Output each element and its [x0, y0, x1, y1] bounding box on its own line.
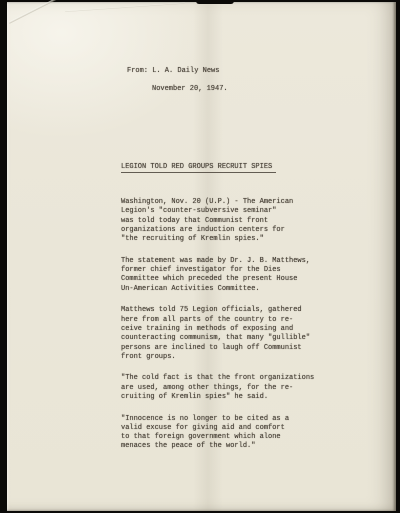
- article-paragraph: Matthews told 75 Legion officials, gathe…: [121, 306, 345, 362]
- scan-edge-notch: [196, 0, 234, 4]
- article-paragraph: "The cold fact is that the front organiz…: [121, 374, 345, 402]
- article-paragraph: The statement was made by Dr. J. B. Matt…: [121, 257, 345, 294]
- paper-crease: [9, 0, 74, 24]
- paper-crease: [65, 3, 185, 12]
- article-title: LEGION TOLD RED GROUPS RECRUIT SPIES: [121, 163, 276, 174]
- source-line: From: L. A. Daily News: [127, 67, 345, 76]
- date-line: November 20, 1947.: [152, 85, 345, 94]
- article-paragraph: Washington, Nov. 20 (U.P.) - The America…: [121, 198, 345, 244]
- letterhead: From: L. A. Daily News November 20, 1947…: [127, 57, 345, 103]
- typewritten-text: From: L. A. Daily News November 20, 1947…: [121, 48, 345, 464]
- article-title-row: LEGION TOLD RED GROUPS RECRUIT SPIES: [121, 153, 345, 173]
- document-scan: From: L. A. Daily News November 20, 1947…: [0, 0, 400, 513]
- article-paragraph: "Innocence is no longer to be cited as a…: [121, 415, 345, 452]
- document-page: From: L. A. Daily News November 20, 1947…: [7, 2, 396, 511]
